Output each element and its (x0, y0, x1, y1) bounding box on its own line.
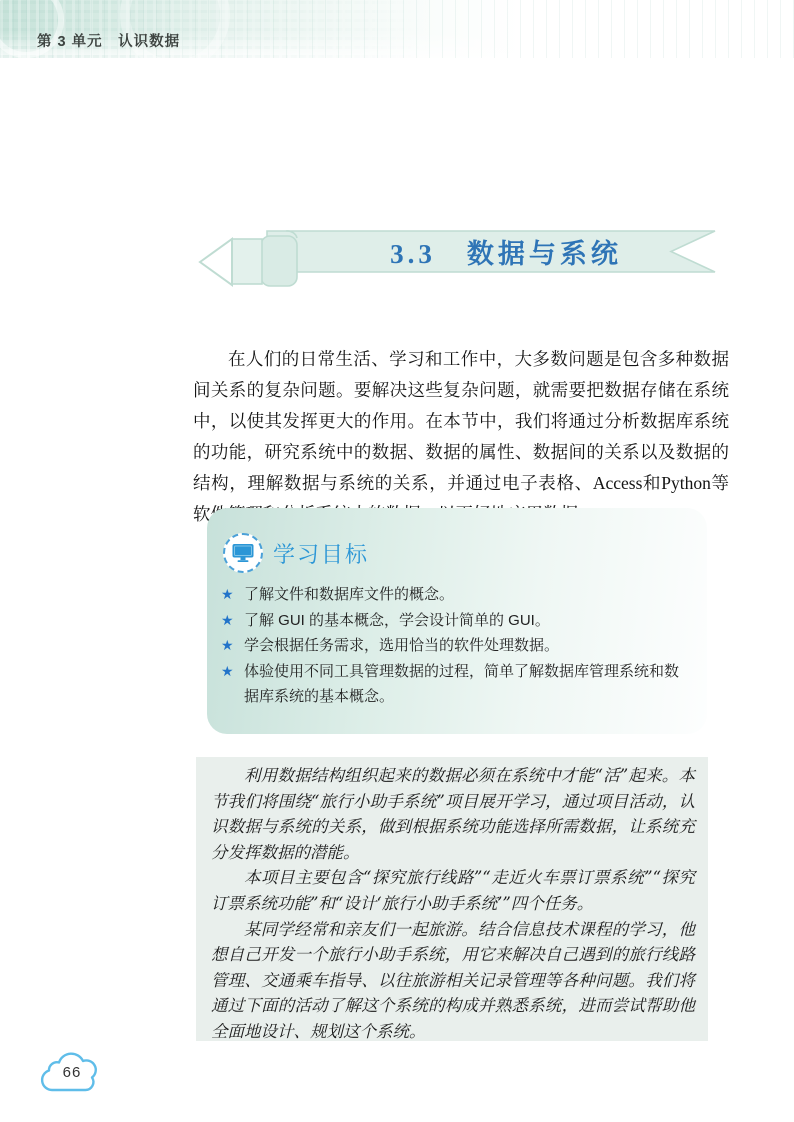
star-bullet-icon: ★ (221, 582, 234, 608)
learning-objectives-card: 学习目标 ★ 了解文件和数据库文件的概念。 ★ 了解 GUI 的基本概念，学会设… (207, 508, 707, 734)
section-banner: 3.3 数据与系统 (197, 226, 719, 298)
project-paragraph: 利用数据结构组织起来的数据必须在系统中才能“活”起来。本节我们将围绕“旅行小助手… (211, 763, 695, 865)
ribbon-segment (232, 239, 262, 284)
objectives-title: 学习目标 (273, 538, 369, 569)
star-bullet-icon: ★ (221, 608, 234, 634)
objective-item: ★ 了解 GUI 的基本概念，学会设计简单的 GUI。 (221, 608, 687, 634)
page-header: 第 3 单元 认识数据 (0, 0, 794, 58)
objective-item: ★ 了解文件和数据库文件的概念。 (221, 582, 687, 608)
ribbon-fold (261, 236, 297, 286)
page-number-cloud: 66 (36, 1050, 108, 1102)
project-intro-box: 利用数据结构组织起来的数据必须在系统中才能“活”起来。本节我们将围绕“旅行小助手… (196, 757, 708, 1041)
objective-text: 了解 GUI 的基本概念，学会设计简单的 GUI。 (244, 612, 550, 629)
unit-label: 第 3 单元 认识数据 (37, 30, 180, 51)
objectives-list: ★ 了解文件和数据库文件的概念。 ★ 了解 GUI 的基本概念，学会设计简单的 … (221, 582, 687, 710)
objective-text: 学会根据任务需求，选用恰当的软件处理数据。 (244, 637, 559, 654)
section-title: 3.3 数据与系统 (302, 232, 710, 270)
intro-paragraph: 在人们的日常生活、学习和工作中，大多数问题是包含多种数据间关系的复杂问题。要解决… (193, 344, 729, 530)
textbook-page: 第 3 单元 认识数据 3.3 数据与系统 在人们的日常生活、学习和工作中，大多… (0, 0, 794, 1122)
objective-item: ★ 体验使用不同工具管理数据的过程，简单了解数据库管理系统和数据库系统的基本概念… (221, 659, 687, 710)
objective-item: ★ 学会根据任务需求，选用恰当的软件处理数据。 (221, 633, 687, 659)
banner-arrow-icon (200, 239, 232, 285)
objectives-header: 学习目标 (223, 533, 369, 573)
project-paragraph: 某同学经常和亲友们一起旅游。结合信息技术课程的学习，他想自己开发一个旅行小助手系… (211, 917, 695, 1045)
star-bullet-icon: ★ (221, 659, 234, 685)
objective-text: 了解文件和数据库文件的概念。 (244, 586, 454, 603)
monitor-icon (223, 533, 263, 573)
star-bullet-icon: ★ (221, 633, 234, 659)
page-number: 66 (36, 1064, 108, 1081)
objective-text: 体验使用不同工具管理数据的过程，简单了解数据库管理系统和数据库系统的基本概念。 (244, 663, 679, 706)
project-paragraph: 本项目主要包含“探究旅行线路”“走近火车票订票系统”“探究订票系统功能”和“设计… (211, 865, 695, 916)
